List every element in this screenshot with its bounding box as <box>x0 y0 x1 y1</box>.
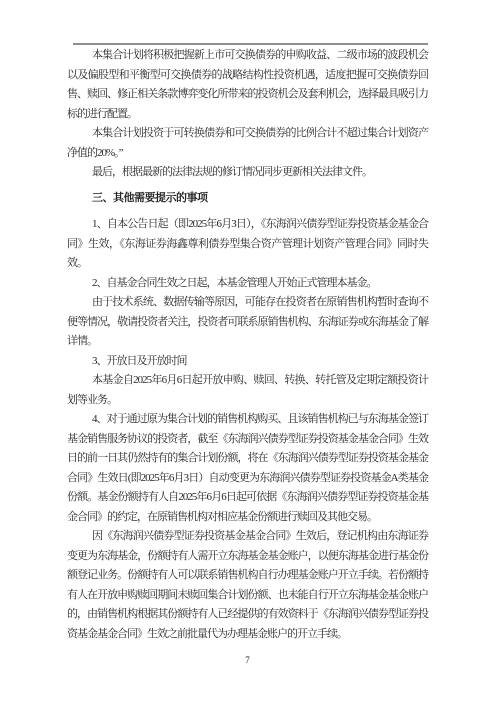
paragraph: 2、自基金合同生效之日起，本基金管理人开始正式管理本基金。 <box>67 274 428 294</box>
paragraph: 1、自本公告日起（即2025年6月3日），《东海润兴债券型证券投资基金基金合同》… <box>67 215 428 274</box>
paragraph: 本集合计划将积极把握新上市可交换债券的申购收益、二级市场的波段机会以及偏股型和平… <box>67 46 428 124</box>
paragraph: 本基金自2025年6月6日起开放申购、赎回、转换、转托管及定期定额投资计划等业务… <box>67 371 428 410</box>
paragraph: 由于技术系统、数据传输等原因，可能存在投资者在原销售机构暂时查询不便等情况，敬请… <box>67 293 428 352</box>
paragraph: 3、开放日及开放时间 <box>67 352 428 372</box>
header-rule <box>73 43 428 45</box>
paragraph: 4、对于通过原为集合计划的销售机构购买、且该销售机构已与东海基金签订基金销售服务… <box>67 410 428 527</box>
document-body: 本集合计划将积极把握新上市可交换债券的申购收益、二级市场的波段机会以及偏股型和平… <box>67 46 428 644</box>
paragraph: 本集合计划投资于可转换债券和可交换债券的比例合计不超过集合计划资产净值的20%。… <box>67 124 428 163</box>
document-page: 本集合计划将积极把握新上市可交换债券的申购收益、二级市场的波段机会以及偏股型和平… <box>0 0 500 707</box>
paragraph: 因《东海润兴债券型证券投资基金基金合同》生效后，登记机构由东海证券变更为东海基金… <box>67 527 428 644</box>
section-heading: 三、其他需要提示的事项 <box>67 189 428 209</box>
page-number: 7 <box>67 654 428 666</box>
paragraph: 最后，根据最新的法律法规的修订情况同步更新相关法律文件。 <box>67 163 428 183</box>
